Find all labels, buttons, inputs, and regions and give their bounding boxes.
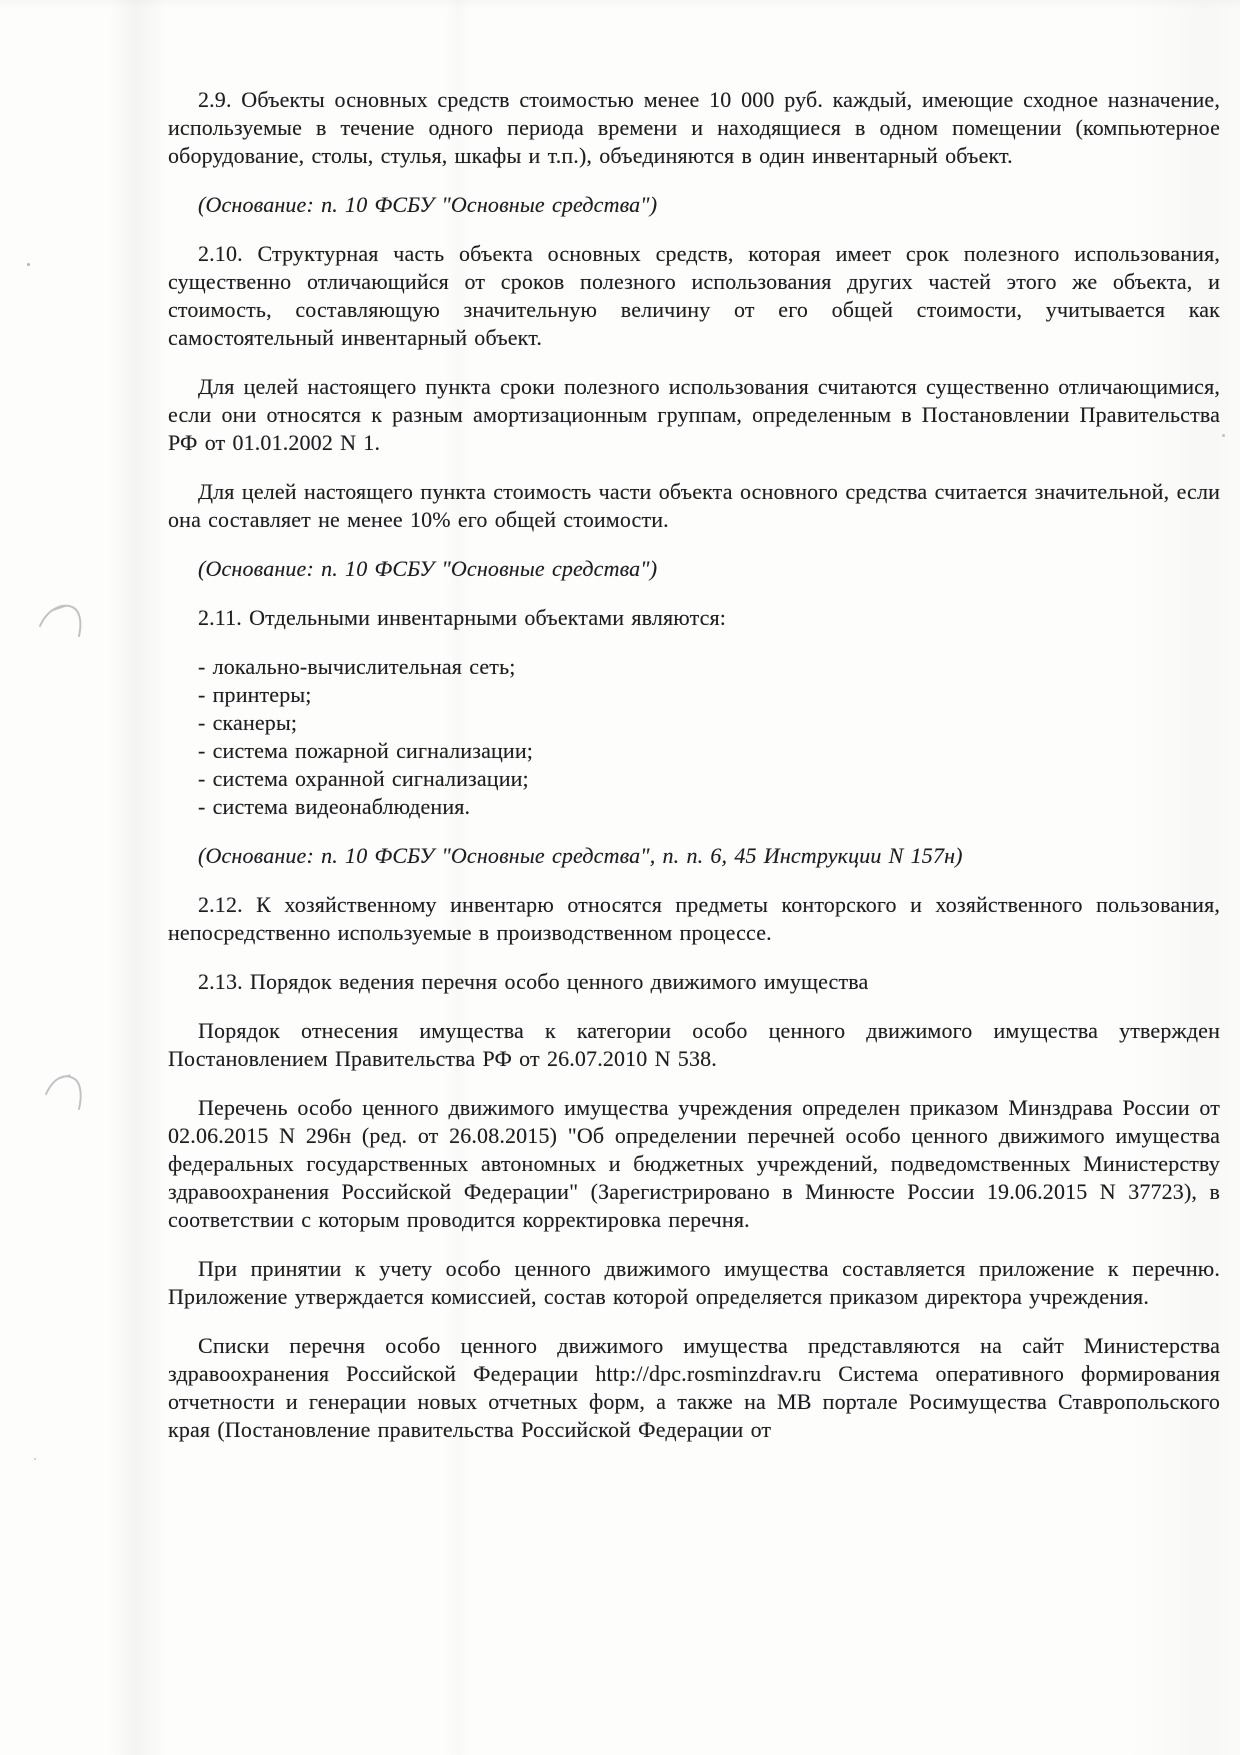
clause-2-11-paragraph: 2.11. Отдельными инвентарными объектами … [168, 604, 1220, 632]
list-item-lan: - локально-вычислительная сеть; [168, 653, 1220, 681]
clause-2-9-paragraph: 2.9. Объекты основных средств стоимостью… [168, 86, 1220, 170]
prilozhenie-paragraph: При принятии к учету особо ценного движи… [168, 1255, 1220, 1311]
clause-2-10-value-paragraph: Для целей настоящего пункта стоимость ча… [168, 478, 1220, 534]
inventory-objects-list: - локально-вычислительная сеть; - принте… [168, 653, 1220, 821]
scan-speck-1 [27, 263, 30, 266]
list-item-scanners: - сканеры; [168, 709, 1220, 737]
basis-note-1: (Основание: п. 10 ФСБУ "Основные средств… [168, 191, 1220, 219]
scanned-document-page: 2.9. Объекты основных средств стоимостью… [0, 0, 1240, 1755]
scan-shadow-left [110, 0, 166, 1755]
spiski-paragraph: Списки перечня особо ценного движимого и… [168, 1332, 1220, 1444]
perechen-paragraph: Перечень особо ценного движимого имущест… [168, 1094, 1220, 1234]
clause-2-10-terms-paragraph: Для целей настоящего пункта сроки полезн… [168, 373, 1220, 457]
basis-note-3: (Основание: п. 10 ФСБУ "Основные средств… [168, 842, 1220, 870]
list-item-fire-alarm: - система пожарной сигнализации; [168, 737, 1220, 765]
pencil-mark-2 [42, 1064, 90, 1114]
basis-note-2: (Основание: п. 10 ФСБУ "Основные средств… [168, 555, 1220, 583]
clause-2-12-paragraph: 2.12. К хозяйственному инвентарю относят… [168, 891, 1220, 947]
list-item-security-alarm: - система охранной сигнализации; [168, 765, 1220, 793]
clause-2-10-paragraph: 2.10. Структурная часть объекта основных… [168, 240, 1220, 352]
list-item-printers: - принтеры; [168, 681, 1220, 709]
pencil-mark-1 [36, 596, 88, 644]
document-text: 2.9. Объекты основных средств стоимостью… [168, 86, 1220, 1444]
list-item-cctv: - система видеонаблюдения. [168, 793, 1220, 821]
poryadok-paragraph: Порядок отнесения имущества к категории … [168, 1017, 1220, 1073]
scan-speck-3 [34, 1458, 36, 1460]
clause-2-13-heading: 2.13. Порядок ведения перечня особо ценн… [168, 968, 1220, 996]
scan-speck-2 [1222, 434, 1225, 437]
